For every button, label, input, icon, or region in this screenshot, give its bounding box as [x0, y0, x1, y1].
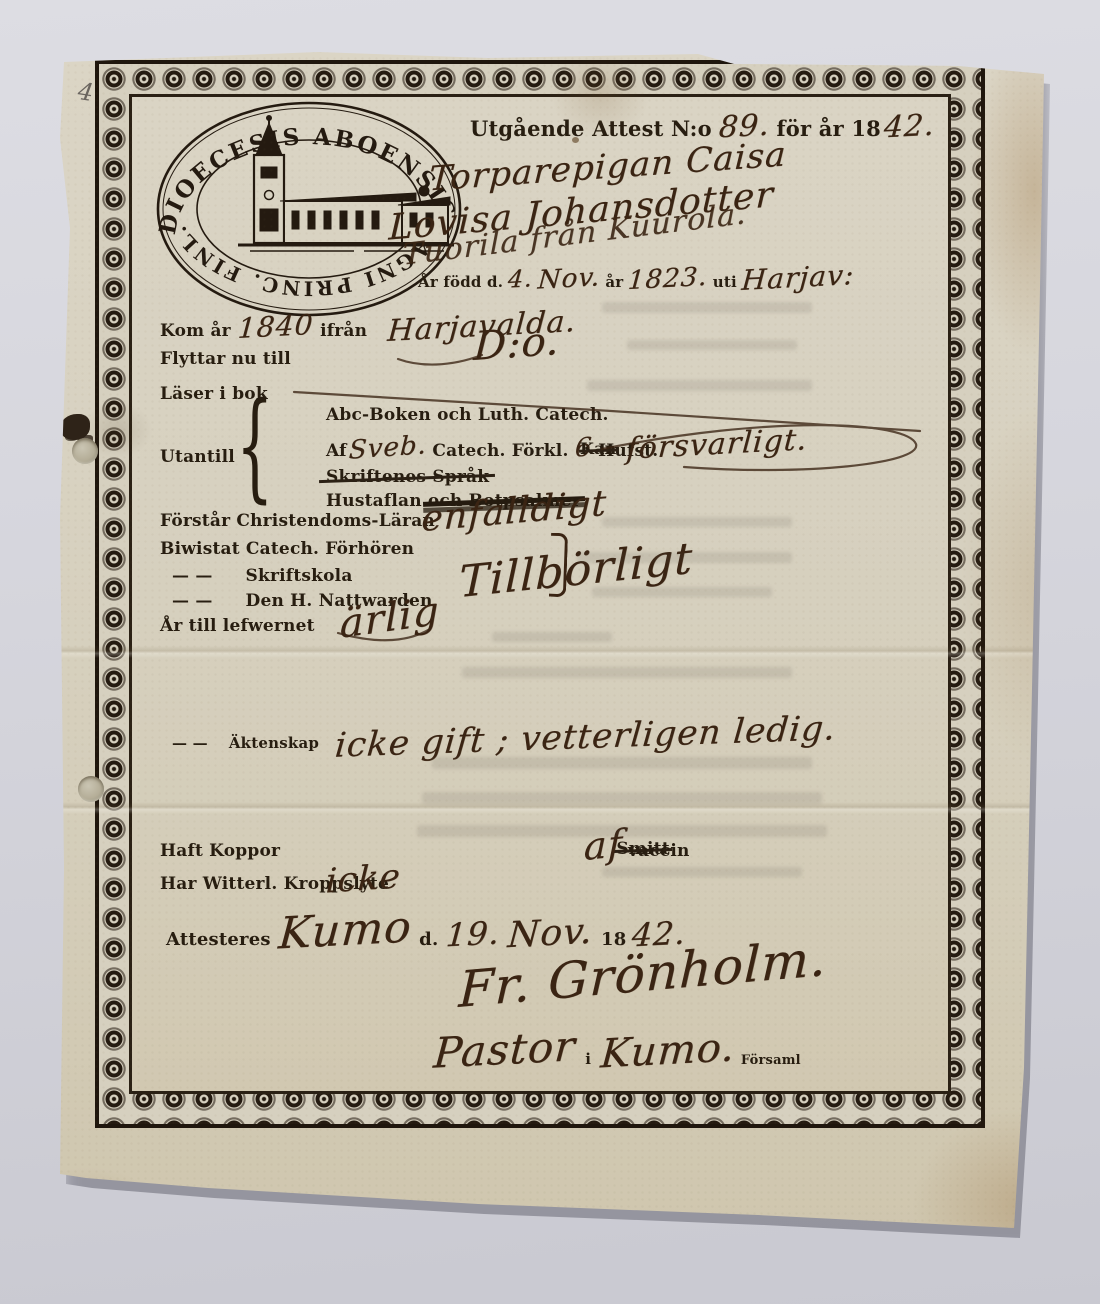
- skriftskola-line: — — Skriftskola: [172, 566, 353, 586]
- kom-printed2: ifrån: [320, 321, 367, 341]
- koppor-label: Haft Koppor: [160, 841, 280, 861]
- koppor-hw: af: [583, 821, 623, 869]
- attest-place: Kumo: [277, 902, 414, 960]
- birth-place: Harjav:: [740, 258, 855, 297]
- pastor-parish: Kumo.: [599, 1025, 737, 1078]
- ditto-dash: — —: [172, 566, 213, 586]
- pencil-page-number: 4: [76, 77, 95, 107]
- kom-year: 1840: [236, 308, 314, 345]
- flyttar-value: D:o.: [473, 318, 562, 370]
- ditto-dash: — —: [172, 734, 208, 752]
- forstar-label: Förstår Christendoms-Läran: [160, 511, 435, 531]
- birth-line: År född d. 4. Nov. år 1823. uti Harjav:: [418, 261, 854, 294]
- utantill-label: Utantill: [160, 447, 235, 467]
- skriftskola-label: Skriftskola: [246, 566, 353, 586]
- attest-day: 19.: [445, 914, 502, 955]
- utantill-line4-printed: Hustaflan: [326, 491, 422, 511]
- punch-hole: [72, 438, 98, 464]
- birth-month: Nov.: [537, 262, 602, 295]
- document-body: DIOECESIS ABOENSIS. MAGNI PRINC. FINL.: [129, 94, 951, 1094]
- document-paper: 4 DIOECESIS ABOENSIS. MAGNI PR: [58, 48, 1044, 1242]
- flyttar-label: Flyttar nu till: [160, 349, 291, 369]
- utantill-line3-struck: Skriftenes Språk: [326, 467, 489, 487]
- verdict-struck: Kan: [580, 439, 617, 458]
- attest-month: Nov.: [507, 911, 595, 956]
- birth-printed3: uti: [713, 273, 737, 291]
- pastor-i: i: [585, 1050, 591, 1068]
- birth-printed1: År född d.: [418, 273, 503, 291]
- reading-verdict: Kan försvarligt.: [580, 427, 807, 462]
- forsaml-label: Församl: [741, 1053, 801, 1068]
- pastor-line: Pastor i Kumo. Församl: [434, 1025, 801, 1074]
- header-printed-year: för år 18: [777, 116, 881, 141]
- birth-printed2: år: [605, 273, 623, 291]
- ink-blot: [60, 414, 90, 440]
- marriage-label: Äktenskap: [229, 734, 319, 752]
- utantill-line2-hw: Sveb.: [348, 430, 428, 465]
- utantill-line2-printed2: Catech. Förkl.: [432, 441, 568, 461]
- header-line: Utgående Attest N:o 89. för år 18 42.: [470, 109, 935, 144]
- birth-year: 1823.: [627, 262, 709, 296]
- verdict-hw: försvarligt.: [625, 422, 808, 466]
- attest-year: 42.: [883, 108, 936, 146]
- marriage-hw: icke gift ; vetterligen ledig.: [333, 708, 837, 765]
- header-printed: Utgående Attest N:o: [470, 116, 712, 141]
- punch-hole: [78, 776, 104, 802]
- ornamental-rosette-border: DIOECESIS ABOENSIS. MAGNI PRINC. FINL.: [95, 60, 985, 1128]
- ditto-dash: — —: [172, 591, 213, 611]
- utantill-line2-printed1: Af: [326, 441, 347, 461]
- birth-day: 4.: [507, 264, 534, 293]
- utantill-line1: Abc-Boken och Luth. Catech.: [326, 405, 609, 425]
- kroppslyte-hw: icke: [325, 856, 402, 901]
- pastor-title: Pastor: [432, 1021, 577, 1077]
- ink-fleck: [572, 137, 579, 143]
- attest-d: d.: [419, 929, 438, 950]
- attesteres-label: Attesteres: [166, 929, 271, 950]
- vaccin-label: vaccin: [628, 841, 690, 861]
- kom-printed1: Kom år: [160, 321, 231, 341]
- photo-background: 4 DIOECESIS ABOENSIS. MAGNI PR: [0, 0, 1100, 1304]
- biwistat-label: Biwistat Catech. Förhören: [160, 539, 414, 559]
- group-verdict: Tillbörligt: [459, 533, 694, 608]
- utantill-brace: {: [236, 389, 274, 501]
- marriage-line: — — Äktenskap icke gift ; vetterligen le…: [172, 717, 835, 757]
- lefwernet-label: År till lefwernet: [160, 616, 315, 636]
